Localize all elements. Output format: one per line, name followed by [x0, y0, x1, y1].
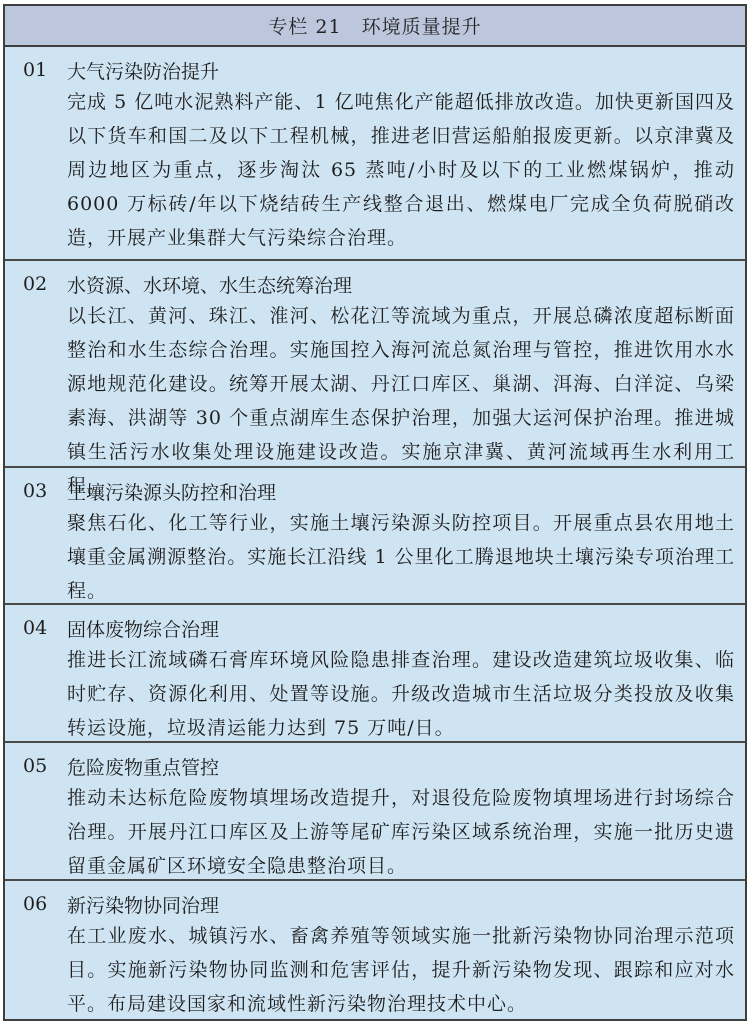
section-title: 新污染物协同治理 [67, 891, 219, 918]
section-02: 02水资源、水环境、水生态统筹治理 以长江、黄河、珠江、淮河、松花江等流域为重点… [5, 261, 745, 468]
section-01: 01大气污染防治提升 完成 5 亿吨水泥熟料产能、1 亿吨焦化产能超低排放改造。… [5, 47, 745, 261]
column-number: 专栏 21 [268, 12, 341, 39]
section-number: 06 [23, 893, 67, 915]
column-header: 专栏 21 环境质量提升 [5, 6, 745, 47]
section-number: 05 [23, 755, 67, 777]
section-number: 04 [23, 617, 67, 639]
section-number: 02 [23, 273, 67, 295]
section-05: 05危险废物重点管控 推动未达标危险废物填埋场改造提升，对退役危险废物填埋场进行… [5, 743, 745, 881]
section-title: 大气污染防治提升 [67, 57, 219, 84]
section-title: 危险废物重点管控 [67, 753, 219, 780]
column-title: 环境质量提升 [362, 12, 482, 39]
section-number: 03 [23, 480, 67, 502]
section-number: 01 [23, 59, 67, 81]
section-body: 在工业废水、城镇污水、畜禽养殖等领域实施一批新污染物协同治理示范项目。实施新污染… [67, 919, 735, 1021]
section-title: 固体废物综合治理 [67, 615, 219, 642]
section-03: 03土壤污染源头防控和治理 聚焦石化、化工等行业，实施土壤污染源头防控项目。开展… [5, 468, 745, 605]
section-body: 推进长江流域磷石膏库环境风险隐患排查治理。建设改造建筑垃圾收集、临时贮存、资源化… [67, 643, 735, 745]
section-title: 土壤污染源头防控和治理 [67, 478, 276, 505]
section-06: 06新污染物协同治理 在工业废水、城镇污水、畜禽养殖等领域实施一批新污染物协同治… [5, 881, 745, 1019]
section-body: 聚焦石化、化工等行业，实施土壤污染源头防控项目。开展重点县农用地土壤重金属溯源整… [67, 506, 735, 608]
column-box: 专栏 21 环境质量提升 01大气污染防治提升 完成 5 亿吨水泥熟料产能、1 … [3, 4, 747, 1021]
section-title: 水资源、水环境、水生态统筹治理 [67, 271, 352, 298]
section-04: 04固体废物综合治理 推进长江流域磷石膏库环境风险隐患排查治理。建设改造建筑垃圾… [5, 605, 745, 743]
section-body: 推动未达标危险废物填埋场改造提升，对退役危险废物填埋场进行封场综合治理。开展丹江… [67, 781, 735, 883]
section-body: 完成 5 亿吨水泥熟料产能、1 亿吨焦化产能超低排放改造。加快更新国四及以下货车… [67, 85, 735, 255]
